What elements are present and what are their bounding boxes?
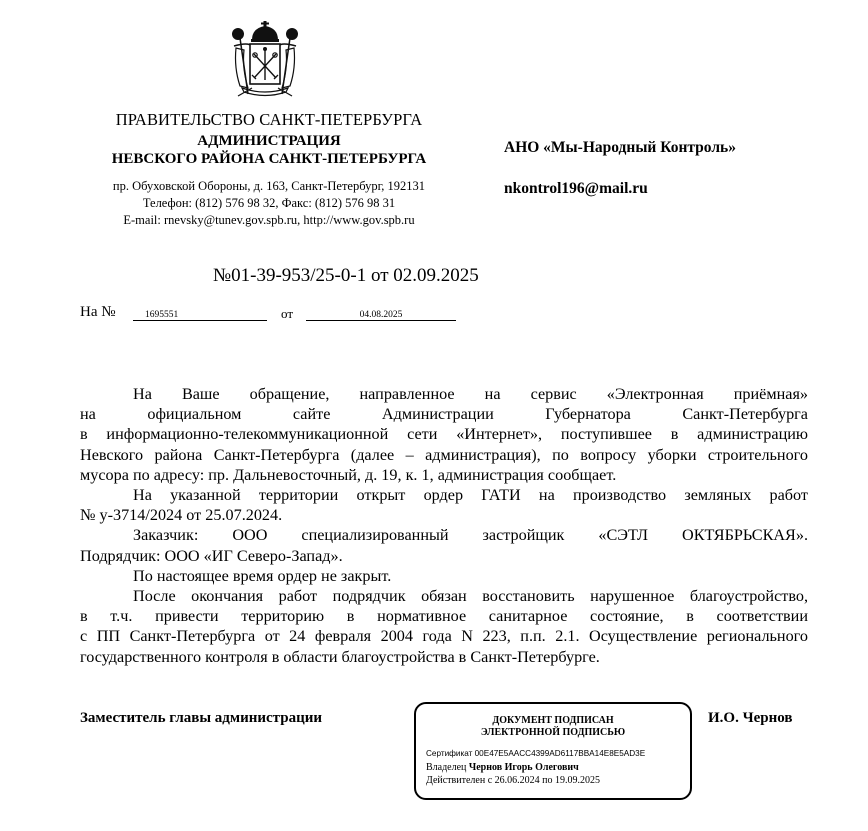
document-number: №01-39-953/25-0-1 от 02.09.2025	[213, 265, 479, 287]
stamp-validity: Действителен с 26.06.2024 по 19.09.2025	[426, 775, 600, 786]
body-line: с ПП Санкт-Петербурга от 24 февраля 2004…	[80, 626, 808, 646]
government-title: ПРАВИТЕЛЬСТВО САНКТ-ПЕТЕРБУРГА	[80, 110, 458, 130]
stamp-certificate: Сертификат 00E47E5AACC4399AD6117BBA14E8E…	[426, 749, 645, 758]
signatory-title: Заместитель главы администрации	[80, 710, 322, 727]
sender-phone: Телефон: (812) 576 98 32, Факс: (812) 57…	[80, 196, 458, 211]
letter-body: На Ваше обращение, направленное на серви…	[80, 384, 808, 667]
sender-email: E-mail: rnevsky@tunev.gov.spb.ru, http:/…	[80, 213, 458, 228]
stamp-title: ДОКУМЕНТ ПОДПИСАН ЭЛЕКТРОННОЙ ПОДПИСЬЮ	[416, 715, 690, 739]
coat-of-arms-icon	[228, 20, 302, 98]
stamp-owner: Владелец Чернов Игорь Олегович	[426, 762, 579, 773]
body-line: государственного контроля в области благ…	[80, 647, 808, 667]
recipient-email: nkontrol196@mail.ru	[504, 180, 648, 198]
paragraph-parties: Заказчик: ООО специализированный застрой…	[80, 525, 808, 565]
body-line: № у-3714/2024 от 25.07.2024.	[80, 505, 808, 525]
paragraph-obligation: После окончания работ подрядчик обязан в…	[80, 586, 808, 667]
stamp-title-line: ДОКУМЕНТ ПОДПИСАН	[416, 715, 690, 727]
paragraph-status: По настоящее время ордер не закрыт.	[80, 566, 808, 586]
body-line: мусора по адресу: пр. Дальневосточный, д…	[80, 465, 808, 485]
reference-date-field: 04.08.2025	[306, 305, 456, 321]
body-line: на официальном сайте Администрации Губер…	[80, 404, 808, 424]
reference-label: На №	[80, 304, 116, 321]
signatory-name: И.О. Чернов	[708, 710, 792, 727]
recipient-name: АНО «Мы-Народный Контроль»	[504, 139, 736, 157]
paragraph-order: На указанной территории открыт ордер ГАТ…	[80, 485, 808, 525]
body-line: Подрядчик: ООО «ИГ Северо-Запад».	[80, 546, 808, 566]
administration-subtitle: НЕВСКОГО РАЙОНА САНКТ-ПЕТЕРБУРГА	[80, 151, 458, 168]
stamp-owner-label: Владелец	[426, 762, 469, 773]
stamp-owner-name: Чернов Игорь Олегович	[469, 762, 579, 773]
body-line: Невского района Санкт-Петербурга (далее …	[80, 445, 808, 465]
body-line: После окончания работ подрядчик обязан в…	[80, 586, 808, 606]
body-line: в т.ч. привести территорию в нормативное…	[80, 606, 808, 626]
body-line: в информационно-телекоммуникационной сет…	[80, 424, 808, 444]
reference-number-field: 1695551	[133, 305, 267, 321]
body-line: На Ваше обращение, направленное на серви…	[80, 384, 808, 404]
electronic-signature-stamp: ДОКУМЕНТ ПОДПИСАН ЭЛЕКТРОННОЙ ПОДПИСЬЮ С…	[414, 702, 692, 800]
paragraph-request: На Ваше обращение, направленное на серви…	[80, 384, 808, 485]
reference-from-label: от	[281, 306, 293, 322]
sender-address: пр. Обуховской Обороны, д. 163, Санкт-Пе…	[80, 179, 458, 194]
body-line: На указанной территории открыт ордер ГАТ…	[80, 485, 808, 505]
stamp-title-line: ЭЛЕКТРОННОЙ ПОДПИСЬЮ	[416, 727, 690, 739]
body-line: Заказчик: ООО специализированный застрой…	[80, 525, 808, 545]
administration-title: АДМИНИСТРАЦИЯ	[80, 133, 458, 150]
body-line: По настоящее время ордер не закрыт.	[80, 566, 808, 586]
